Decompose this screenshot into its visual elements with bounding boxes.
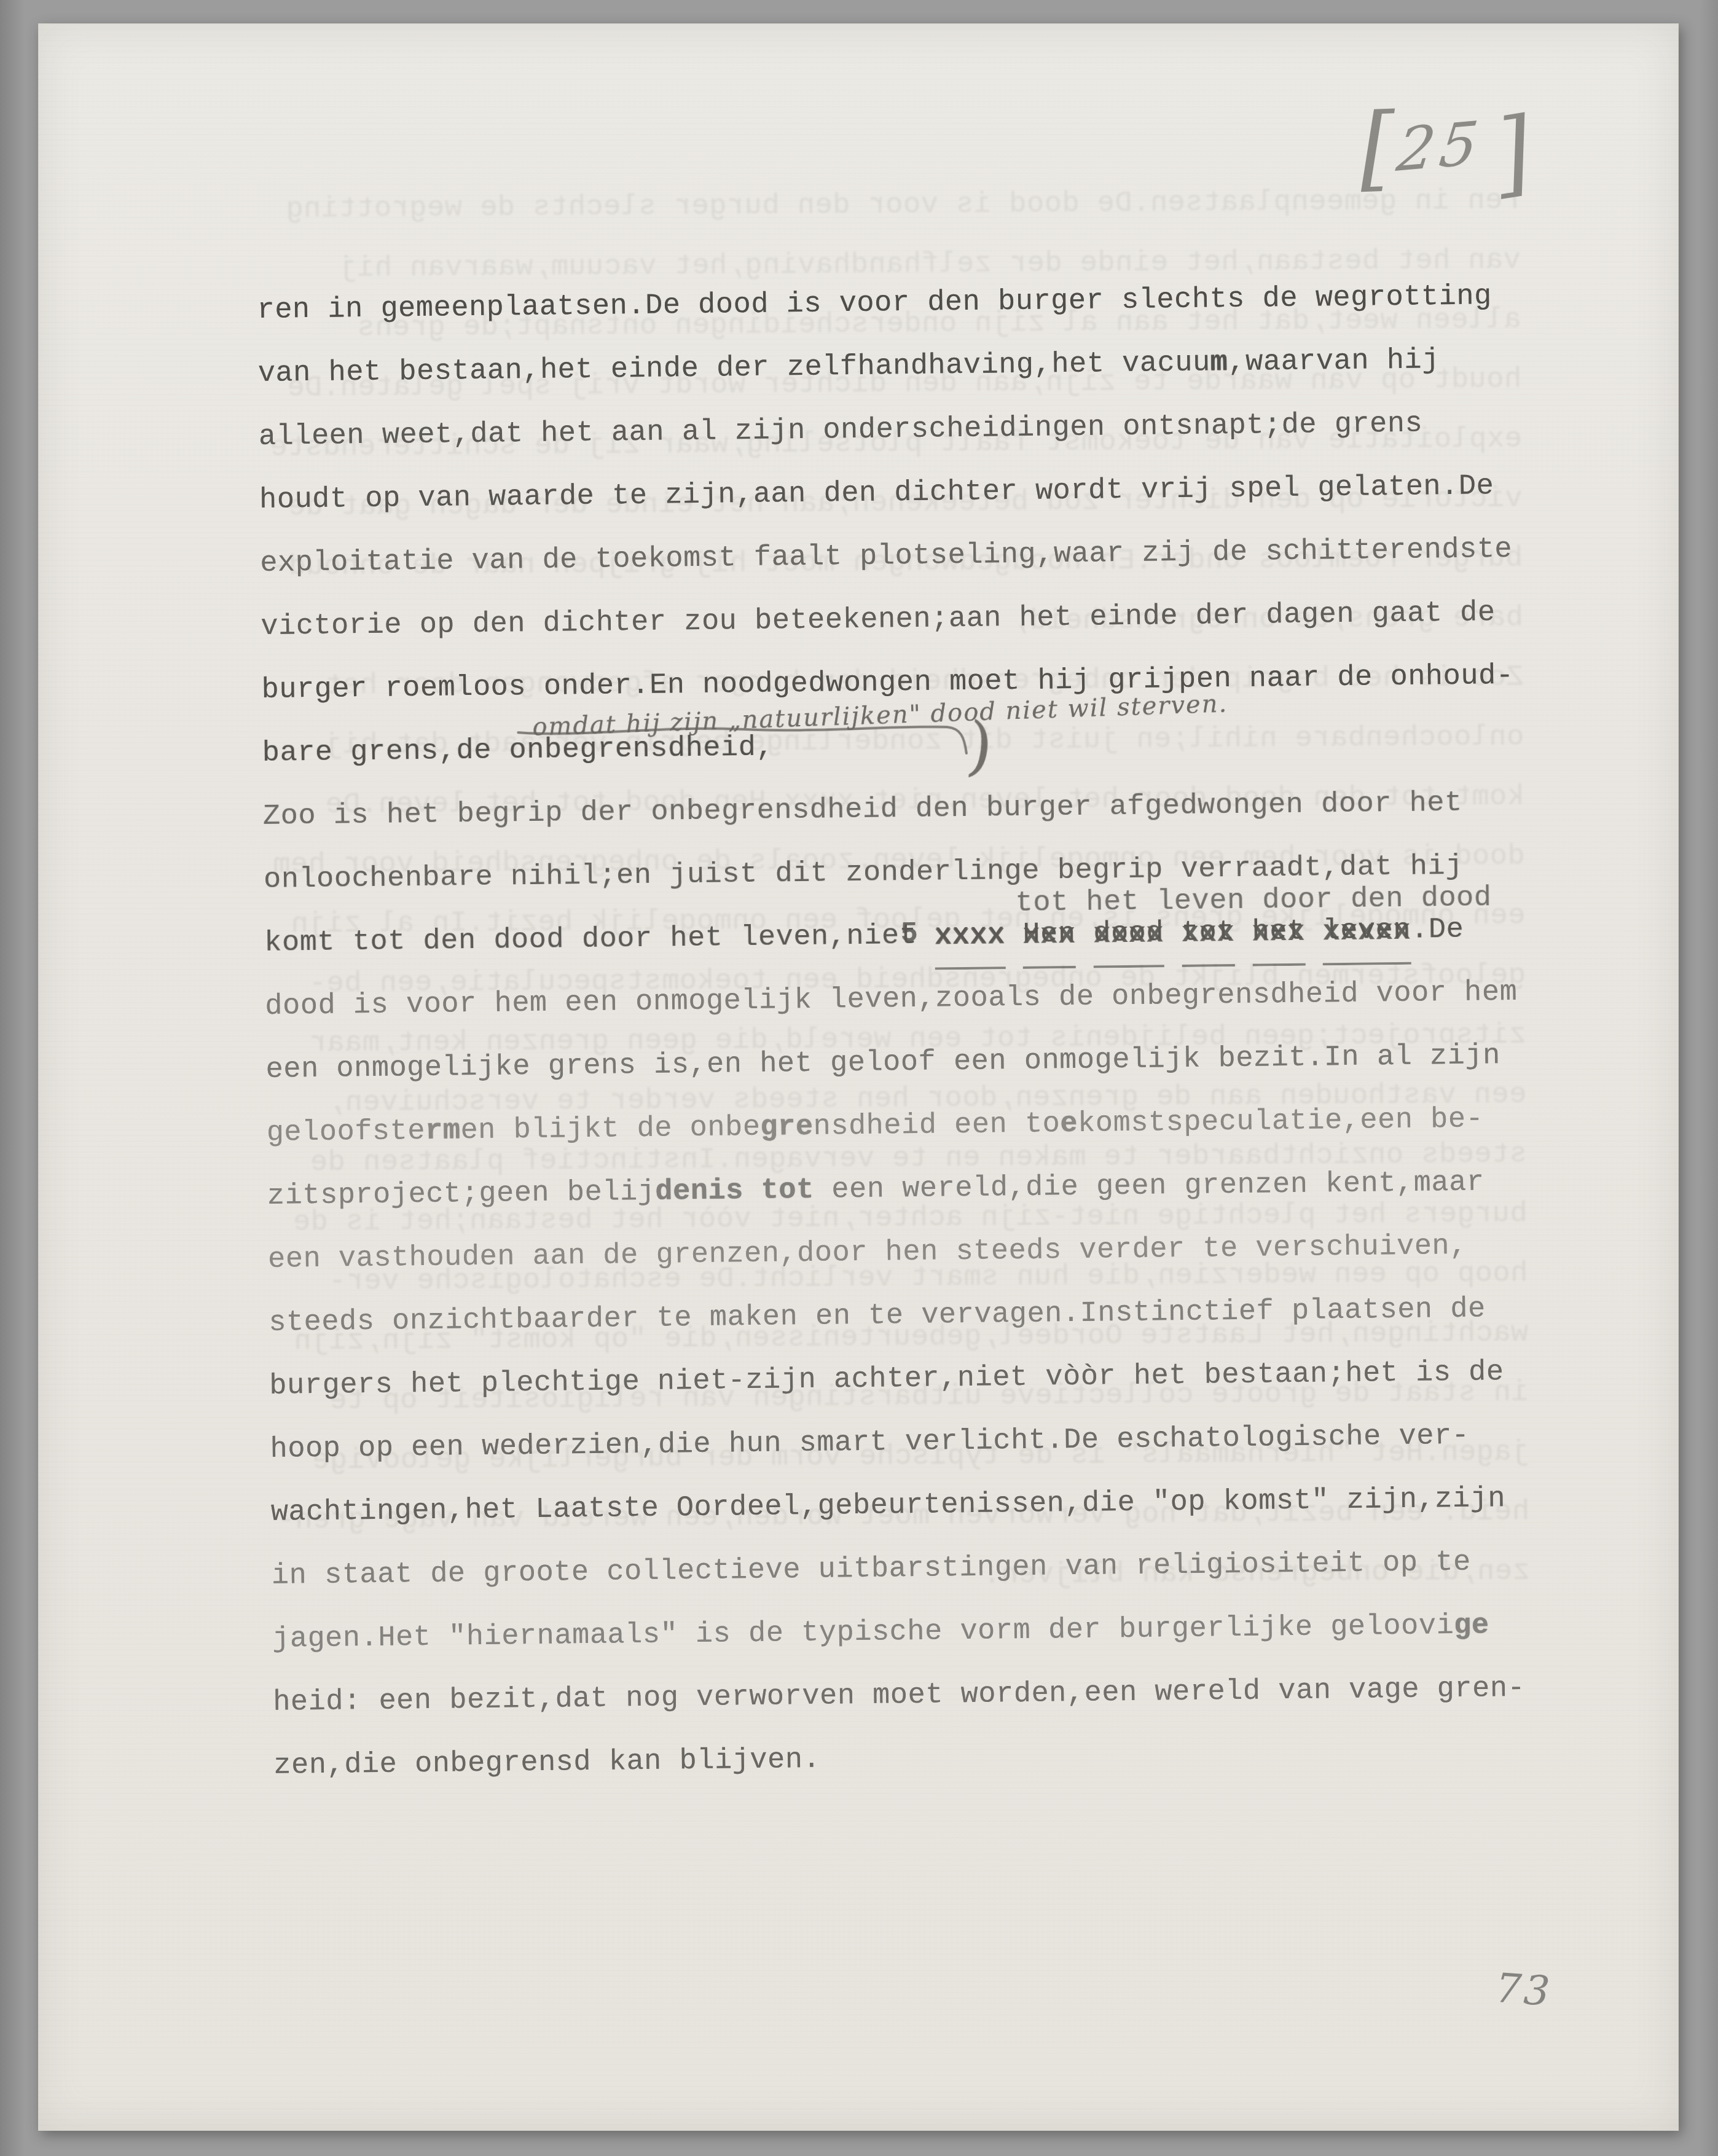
struck-out-word: xxxxxxxx <box>934 903 1005 970</box>
bracket-open: [ <box>1358 101 1397 194</box>
handwritten-underline <box>517 715 969 764</box>
scanned-document: ren in gemeenplaatsen.De dood is voor de… <box>0 0 1718 2156</box>
overtyped-char: t5 <box>899 904 917 968</box>
typescript-page: ren in gemeenplaatsen.De dood is voor de… <box>38 23 1679 2131</box>
typescript-text: ren in gemeenplaatsen.De dood is voor de… <box>257 264 1583 1798</box>
archive-folio-number: 73 <box>1494 1964 1553 2015</box>
typed-interline-correction: tot het leven door den dood <box>1015 866 1492 935</box>
page-number-value: 25 <box>1394 113 1486 180</box>
bracket-close: ] <box>1488 105 1537 202</box>
handwritten-page-number: [ 25 ] <box>1355 88 1532 195</box>
